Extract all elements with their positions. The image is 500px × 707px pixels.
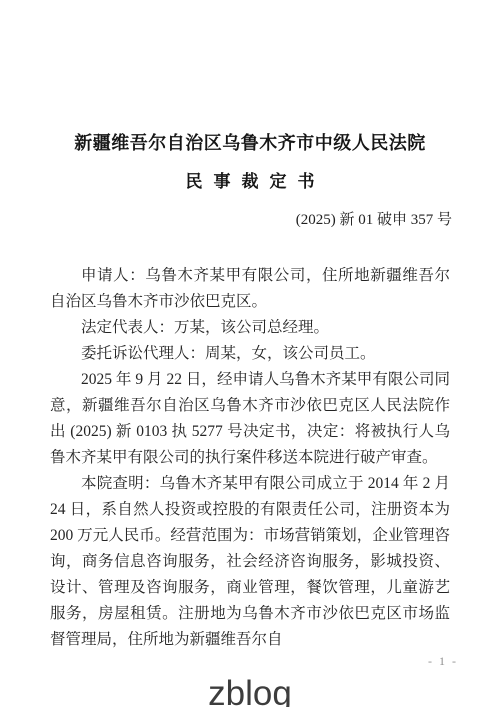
body-paragraph: 法定代表人：万某，该公司总经理。 (50, 315, 450, 341)
document-header: 新疆维吾尔自治区乌鲁木齐市中级人民法院 民事裁定书 (2025) 新 01 破申… (0, 0, 500, 231)
case-number: (2025) 新 01 破申 357 号 (0, 209, 500, 231)
page-number: - 1 - (428, 654, 458, 669)
legal-document-page: 新疆维吾尔自治区乌鲁木齐市中级人民法院 民事裁定书 (2025) 新 01 破申… (0, 0, 500, 707)
body-paragraph: 2025 年 9 月 22 日，经申请人乌鲁木齐某甲有限公司同意，新疆维吾尔自治… (50, 367, 450, 471)
body-paragraph: 本院查明：乌鲁木齐某甲有限公司成立于 2014 年 2 月 24 日，系自然人投… (50, 471, 450, 653)
watermark-text: zblog (208, 674, 292, 707)
body-paragraph: 委托诉讼代理人：周某，女，该公司员工。 (50, 341, 450, 367)
court-name-title: 新疆维吾尔自治区乌鲁木齐市中级人民法院 (0, 132, 500, 154)
body-paragraph: 申请人：乌鲁木齐某甲有限公司，住所地新疆维吾尔自治区乌鲁木齐市沙依巴克区。 (50, 263, 450, 315)
document-type-title: 民事裁定书 (0, 170, 500, 194)
document-body: 申请人：乌鲁木齐某甲有限公司，住所地新疆维吾尔自治区乌鲁木齐市沙依巴克区。法定代… (0, 263, 500, 653)
